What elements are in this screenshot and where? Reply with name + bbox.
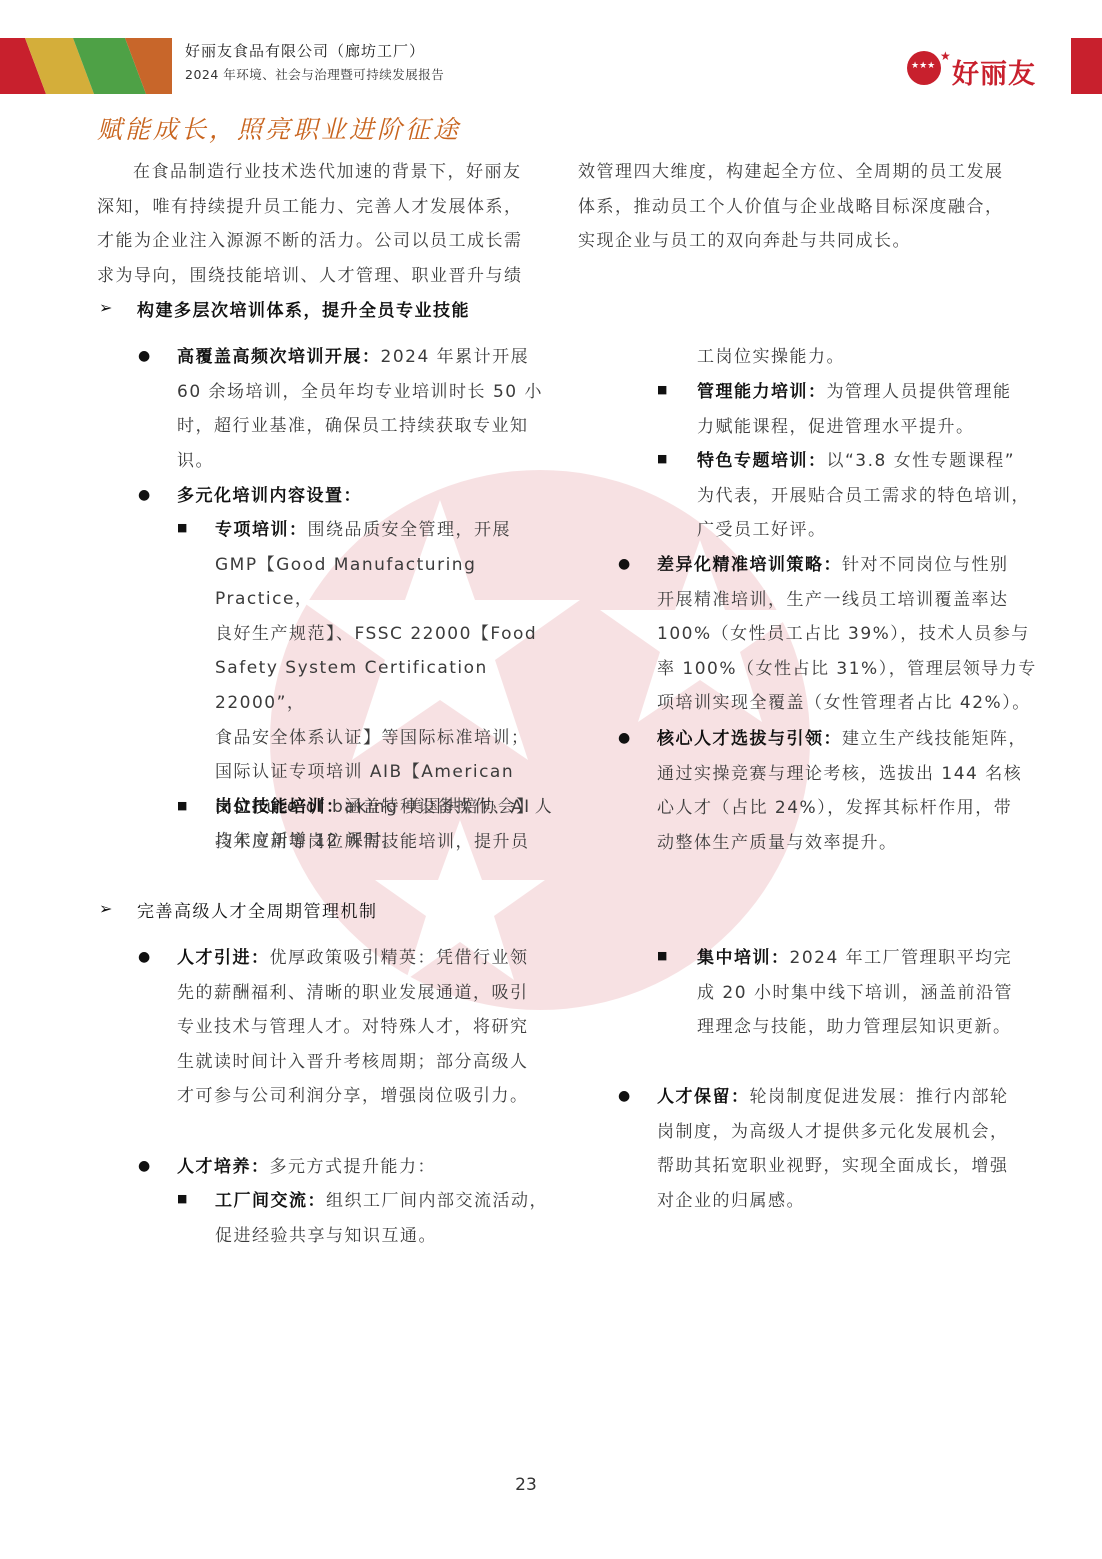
intro-line: 深知，唯有持续提升员工能力、完善人才发展体系， [97,190,542,225]
item-text: 围绕品质安全管理，开展 [308,520,512,540]
item-text: 对企业的归属感。 [657,1184,1042,1219]
item-text: 涵盖特种设备操作、AI [345,797,531,817]
item-text: 国际认证专项培训 AIB【American [215,755,555,790]
item-text: 为管理人员提供管理能 [827,382,1012,402]
square-bullet-icon: ■ [177,521,187,534]
sub-item-job-skills: 岗位技能培训：涵盖特种设备操作、AI 技术应用等岗位所需技能培训，提升员 [215,790,555,859]
intro-line: 才能为企业注入源源不断的活力。公司以员工成长需 [97,224,542,259]
sub-item-factory-exchange: 工厂间交流：组织工厂间内部交流活动， 促进经验共享与知识互通。 [215,1184,560,1253]
item-text: 组织工厂间内部交流活动， [326,1191,548,1211]
item-label: 专项培训： [215,520,308,540]
item-label: 差异化精准培训策略： [657,555,842,575]
item-text: 开展精准培训，生产一线员工培训覆盖率达 [657,583,1042,618]
list-item-precise-training: 差异化精准培训策略：针对不同岗位与性别 开展精准培训，生产一线员工培训覆盖率达 … [657,548,1042,721]
item-text: 为代表，开展贴合员工需求的特色培训， [697,479,1042,514]
item-text: 成 20 小时集中线下培训，涵盖前沿管 [697,976,1042,1011]
arrow-head-icon: ➢ [99,899,112,918]
bullet-dot-icon: ● [138,949,150,965]
item-text: 多元方式提升能力： [270,1157,437,1177]
item-label: 人才培养： [177,1157,270,1177]
square-bullet-icon: ■ [177,1192,187,1205]
bullet-dot-icon: ● [618,556,630,572]
item-text: 力赋能课程，促进管理水平提升。 [697,410,1042,445]
svg-text:★: ★ [940,49,951,63]
item-label: 特色专题培训： [697,451,827,471]
item-label: 工厂间交流： [215,1191,326,1211]
item-text: 针对不同岗位与性别 [842,555,1009,575]
item-text: 100%（女性员工占比 39%），技术人员参与 [657,617,1042,652]
item-label: 管理能力培训： [697,382,827,402]
square-bullet-icon: ■ [657,383,667,396]
arrow-head-icon: ➢ [99,298,112,317]
report-title: 2024 年环境、社会与治理暨可持续发展报告 [185,65,444,83]
sub-item-featured-training: 特色专题培训：以“3.8 女性专题课程” 为代表，开展贴合员工需求的特色培训， … [697,444,1042,548]
item-text: 广受员工好评。 [697,513,1042,548]
item-text: Safety System Certification 22000”， [215,651,555,720]
company-name: 好丽友食品有限公司（廊坊工厂） [185,40,425,61]
square-bullet-icon: ■ [657,949,667,962]
item-text: 优厚政策吸引精英：凭借行业领 [270,948,529,968]
bullet-dot-icon: ● [138,487,150,503]
item-text: GMP【Good Manufacturing Practice， [215,548,555,617]
brand-logo: ★★★ ★ 好丽友 [902,46,1062,96]
item-text: 项培训实现全覆盖（女性管理者占比 42%）。 [657,686,1042,721]
item-text: 岗制度，为高级人才提供多元化发展机会， [657,1115,1042,1150]
item-text: 60 余场培训，全员年均专业培训时长 50 小 [177,375,547,410]
item-label: 高覆盖高频次培训开展： [177,347,381,367]
item-text: 以“3.8 女性专题课程” [827,451,1016,471]
svg-text:★★★: ★★★ [911,61,935,71]
intro-line: 在食品制造行业技术迭代加速的背景下，好丽友 [97,155,542,190]
sub-item-centralized-training: 集中培训：2024 年工厂管理职平均完 成 20 小时集中线下培训，涵盖前沿管 … [697,941,1042,1045]
item-text: 先的薪酬福利、清晰的职业发展通道，吸引 [177,976,547,1011]
item-text: 时，超行业基准，确保员工持续获取专业知 [177,409,547,444]
header-red-block [1071,38,1102,94]
item-text: 2024 年累计开展 [381,347,530,367]
list-item-talent-retention: 人才保留：轮岗制度促进发展：推行内部轮 岗制度，为高级人才提供多元化发展机会， … [657,1080,1042,1218]
item-text: 率 100%（女性占比 31%），管理层领导力专 [657,652,1042,687]
intro-line: 求为导向，围绕技能培训、人才管理、职业晋升与绩 [97,259,542,294]
item-label: 集中培训： [697,948,790,968]
item-text: 识。 [177,444,547,479]
item-text: 生就读时间计入晋升考核周期；部分高级人 [177,1045,547,1080]
list-item-talent-cultivation: 人才培养：多元方式提升能力： [177,1150,436,1185]
bullet-dot-icon: ● [618,1088,630,1104]
item-text: 2024 年工厂管理职平均完 [790,948,1013,968]
bullet-dot-icon: ● [138,348,150,364]
item-text: 才可参与公司利润分享，增强岗位吸引力。 [177,1079,547,1114]
bullet-dot-icon: ● [138,1158,150,1174]
list-item-talent-recruitment: 人才引进：优厚政策吸引精英：凭借行业领 先的薪酬福利、清晰的职业发展通道，吸引 … [177,941,547,1114]
item-label: 人才保留： [657,1087,750,1107]
item-label: 岗位技能培训： [215,797,345,817]
item-text: 促进经验共享与知识互通。 [215,1219,560,1254]
section2-heading: 完善高级人才全周期管理机制 [137,897,378,922]
intro-line: 实现企业与员工的双向奔赴与共同成长。 [578,224,1028,259]
intro-line: 体系，推动员工个人价值与企业战略目标深度融合， [578,190,1028,225]
list-item-core-talent: 核心人才选拔与引领：建立生产线技能矩阵， 通过实操竞赛与理论考核，选拔出 144… [657,722,1042,860]
item-text: 通过实操竞赛与理论考核，选拔出 144 名核 [657,757,1042,792]
list-item-high-coverage: 高覆盖高频次培训开展：2024 年累计开展 60 余场培训，全员年均专业培训时长… [177,340,547,478]
item-text: 技术应用等岗位所需技能培训，提升员 [215,825,555,860]
list-item-diverse-training: 多元化培训内容设置： [177,479,362,514]
intro-left: 在食品制造行业技术迭代加速的背景下，好丽友 深知，唯有持续提升员工能力、完善人才… [97,155,542,293]
item-text: 动整体生产质量与效率提升。 [657,826,1042,861]
page-number: 23 [0,1475,1052,1495]
section-title: 赋能成长，照亮职业进阶征途 [97,110,461,146]
intro-line: 效管理四大维度，构建起全方位、全周期的员工发展 [578,155,1028,190]
item-label: 核心人才选拔与引领： [657,729,842,749]
logo-text: 好丽友 [952,52,1036,91]
item-text: 专业技术与管理人才。对特殊人才，将研究 [177,1010,547,1045]
square-bullet-icon: ■ [177,799,187,812]
item-text: 良好生产规范】、FSSC 22000【Food [215,617,555,652]
bullet-dot-icon: ● [618,730,630,746]
header-color-stripe [0,38,172,94]
item-text: 轮岗制度促进发展：推行内部轮 [750,1087,1009,1107]
sub-item-management-training: 管理能力培训：为管理人员提供管理能 力赋能课程，促进管理水平提升。 [697,375,1042,444]
item-label: 人才引进： [177,948,270,968]
item-text: 心人才（占比 24%），发挥其标杆作用，带 [657,791,1042,826]
item-text: 理理念与技能，助力管理层知识更新。 [697,1010,1042,1045]
item-text: 建立生产线技能矩阵， [842,729,1027,749]
section1-heading: 构建多层次培训体系，提升全员专业技能 [137,296,470,321]
intro-right: 效管理四大维度，构建起全方位、全周期的员工发展 体系，推动员工个人价值与企业战略… [578,155,1028,259]
continued-text: 工岗位实操能力。 [697,340,845,375]
item-text: 食品安全体系认证】等国际标准培训； [215,721,555,756]
item-text: 帮助其拓宽职业视野，实现全面成长，增强 [657,1149,1042,1184]
square-bullet-icon: ■ [657,452,667,465]
